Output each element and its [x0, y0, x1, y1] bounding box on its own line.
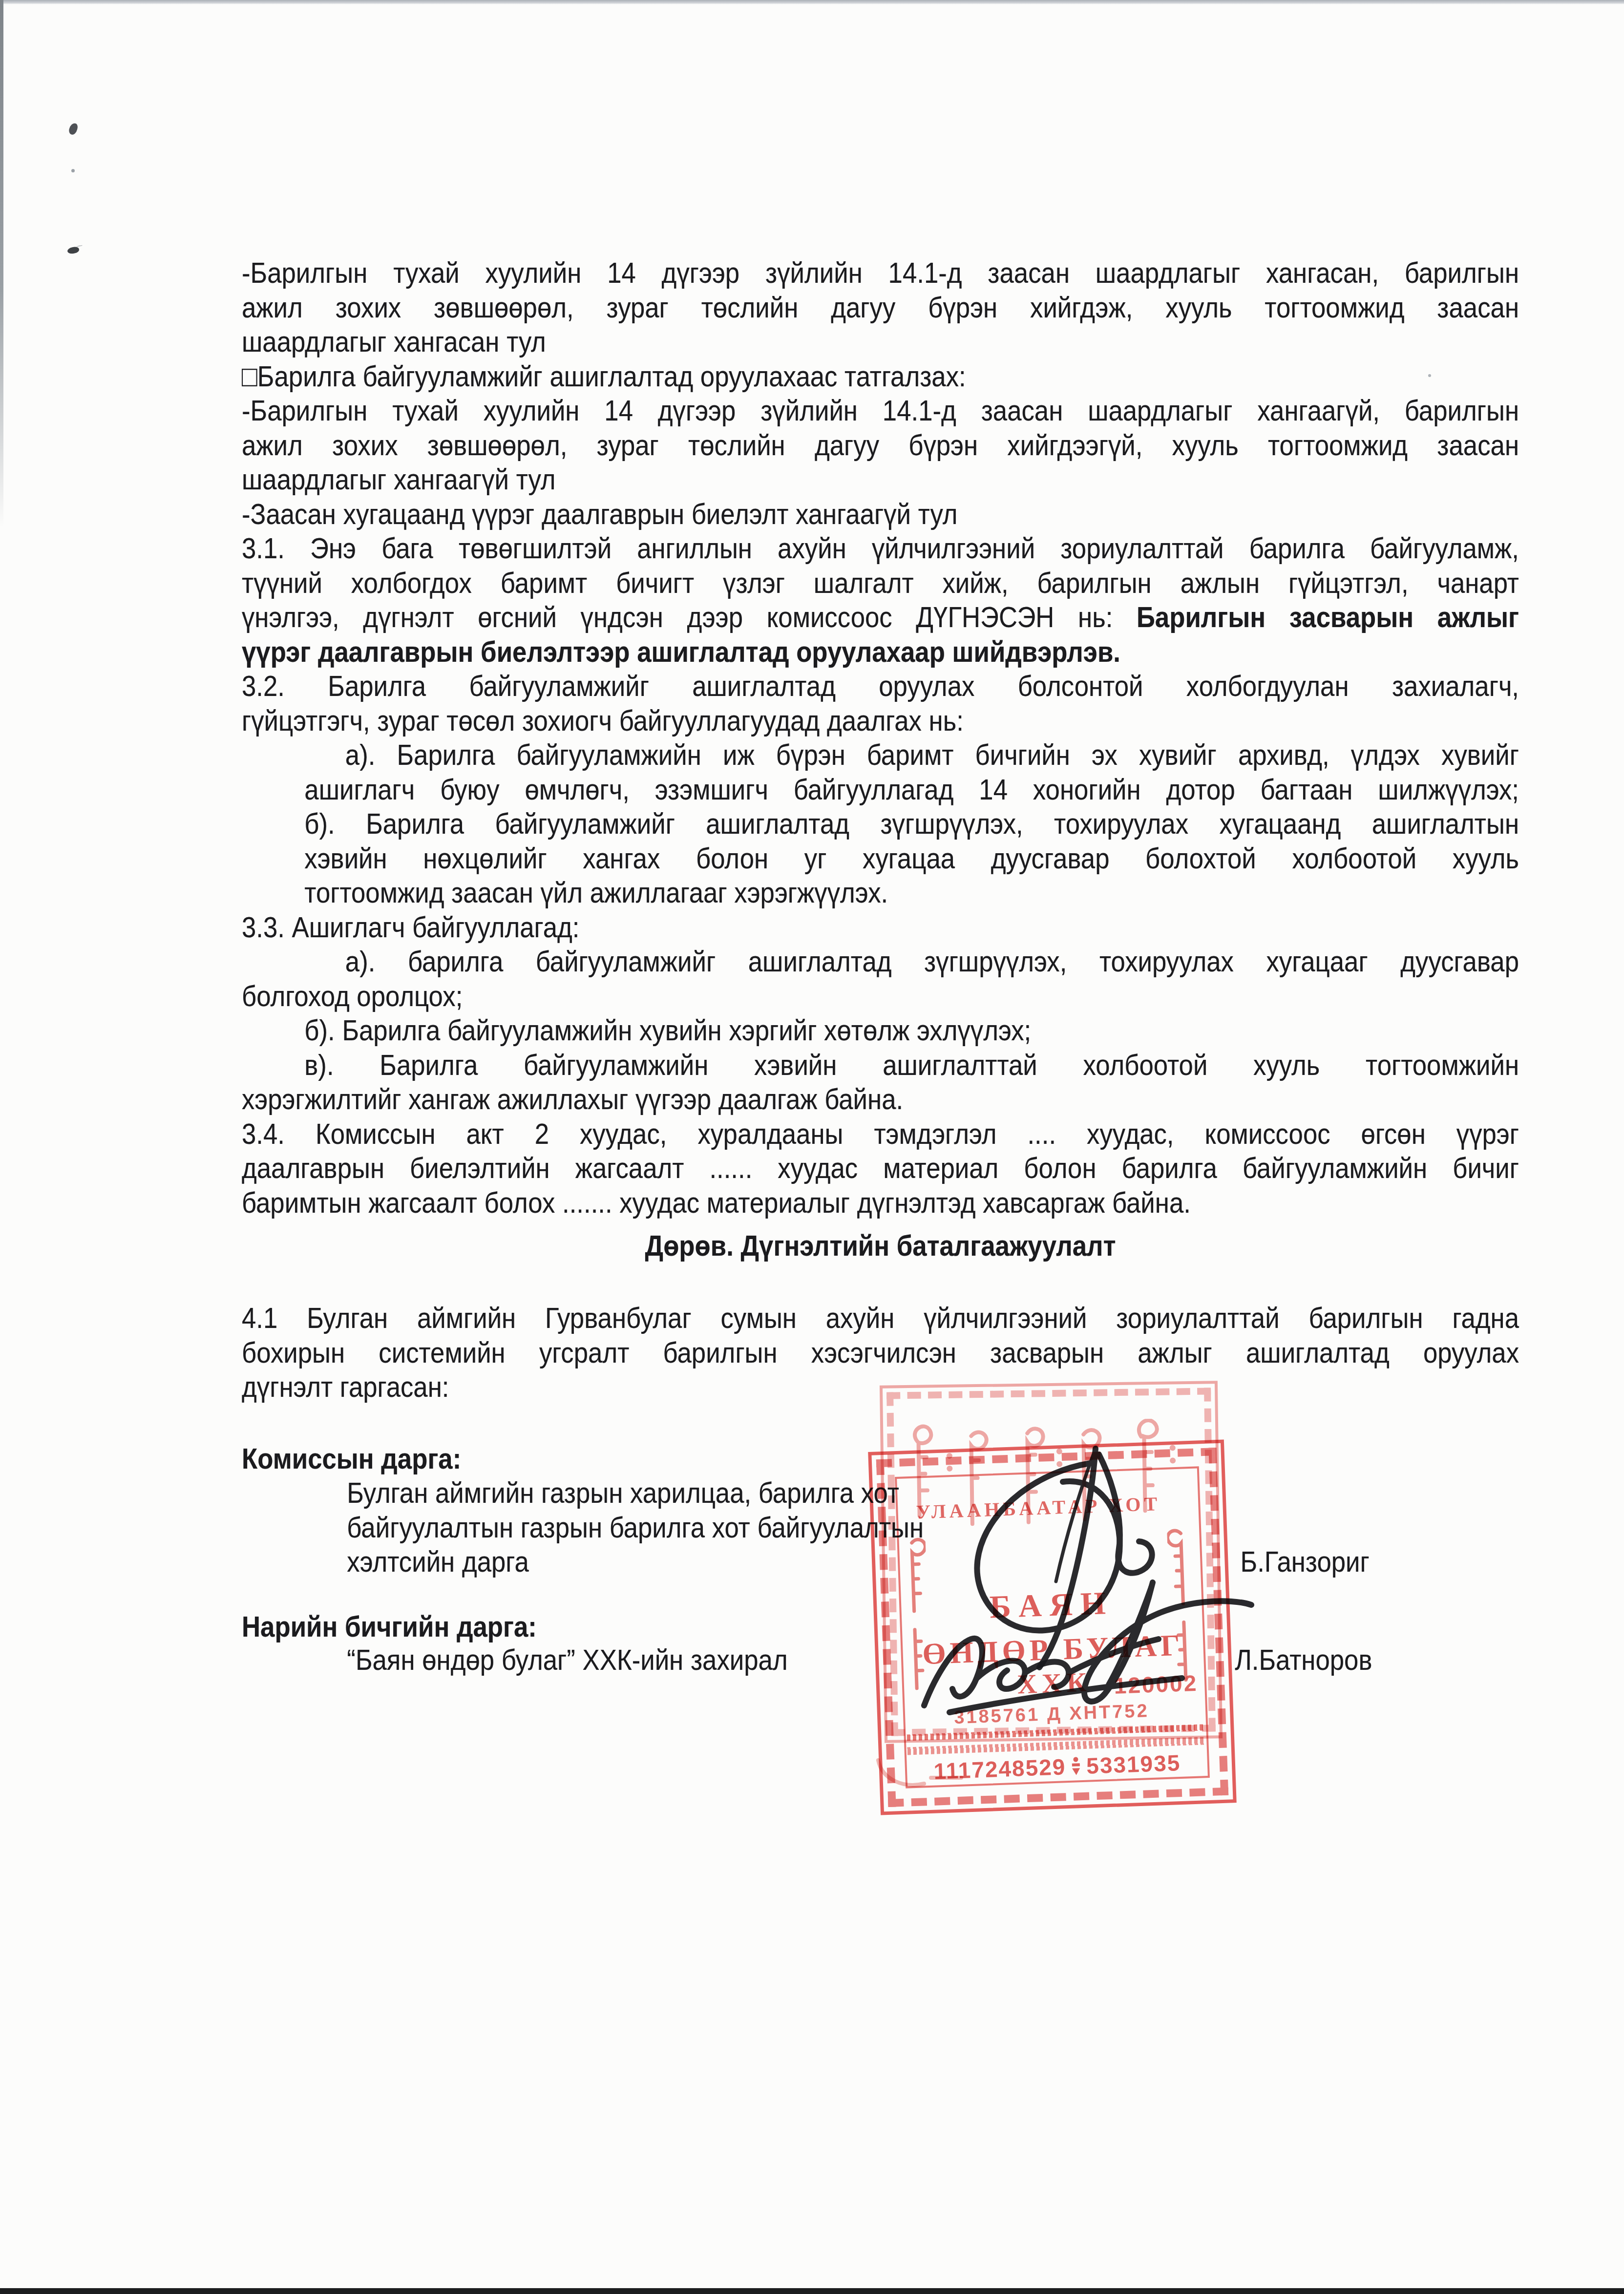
secretary-signature	[924, 1582, 1251, 1712]
stamp-smudge	[878, 1760, 961, 1785]
signatures-overlay	[0, 0, 1624, 2294]
scanned-document-page: -Барилгын тухай хуулийн 14 дүгээр зүйлий…	[0, 0, 1624, 2294]
